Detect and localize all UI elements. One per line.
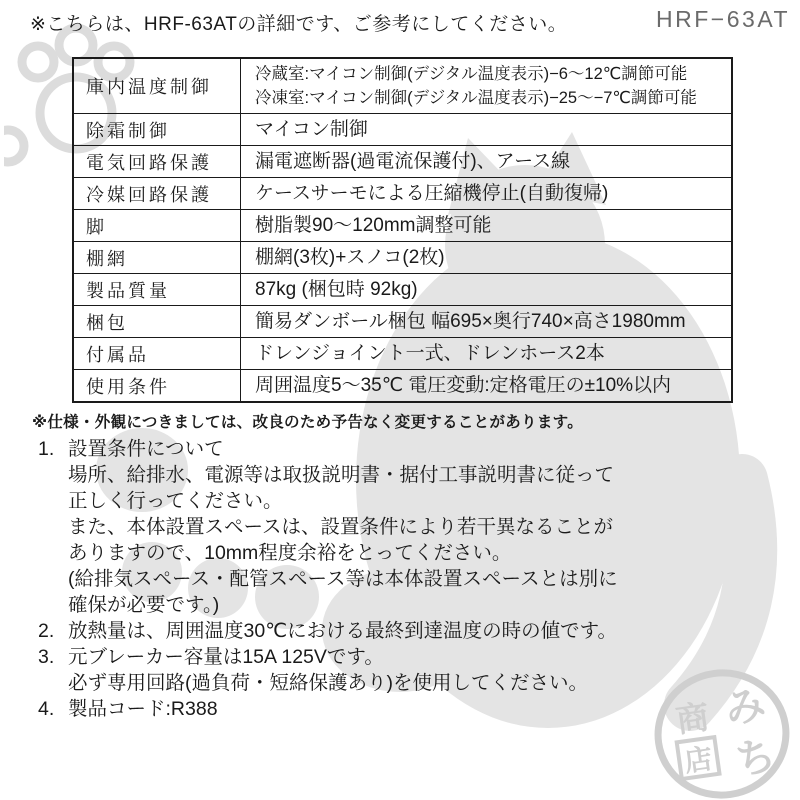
spec-label: 電気回路保護	[74, 146, 241, 177]
spec-label: 使用条件	[74, 370, 241, 401]
note-item: 1.設置条件について場所、給排水、電源等は取扱説明書・据付工事説明書に従って正し…	[38, 436, 618, 618]
note-line: 放熱量は、周囲温度30℃における最終到達温度の時の値です。	[68, 618, 618, 644]
spec-value: 棚網(3枚)+スノコ(2枚)	[241, 242, 731, 273]
spec-label: 付属品	[74, 338, 241, 369]
note-line: (給排気スペース・配管スペース等は本体設置スペースとは別に	[68, 566, 618, 592]
note-line: 必ず専用回路(過負荷・短絡保護あり)を使用してください。	[68, 670, 618, 696]
spec-row: 電気回路保護漏電遮断器(過電流保護付)、アース線	[74, 145, 731, 177]
note-lines: 製品コード:R388	[68, 696, 618, 722]
shop-seal-watermark: み ち 商 店	[645, 664, 800, 800]
spec-value-line: 簡易ダンボール梱包 幅695×奥行740×高さ1980mm	[255, 310, 725, 334]
spec-value-line: 冷蔵室:マイコン制御(デジタル温度表示)−6〜12℃調節可能	[255, 62, 725, 86]
spec-value-line: 87kg (梱包時 92kg)	[255, 278, 725, 302]
note-item: 2.放熱量は、周囲温度30℃における最終到達温度の時の値です。	[38, 618, 618, 644]
spec-label: 脚	[74, 210, 241, 241]
spec-label: 棚網	[74, 242, 241, 273]
spec-label: 庫内温度制御	[74, 59, 241, 113]
note-line: ありますので、10mm程度余裕をとってください。	[68, 540, 618, 566]
note-line: 製品コード:R388	[68, 696, 618, 722]
model-number: HRF−63AT	[656, 6, 790, 33]
spec-value: 87kg (梱包時 92kg)	[241, 274, 731, 305]
spec-row: 製品質量87kg (梱包時 92kg)	[74, 273, 731, 305]
note-item: 3.元ブレーカー容量は15A 125Vです。必ず専用回路(過負荷・短絡保護あり)…	[38, 644, 618, 696]
seal-char: 商	[674, 698, 712, 739]
spec-value: 周囲温度5〜35℃ 電圧変動:定格電圧の±10%以内	[241, 370, 731, 401]
note-line: 正しく行ってください。	[68, 488, 618, 514]
spec-label: 除霜制御	[74, 114, 241, 145]
spec-row: 棚網棚網(3枚)+スノコ(2枚)	[74, 241, 731, 273]
spec-row: 庫内温度制御冷蔵室:マイコン制御(デジタル温度表示)−6〜12℃調節可能冷凍室:…	[74, 59, 731, 113]
note-line: また、本体設置スペースは、設置条件により若干異なることが	[68, 514, 618, 540]
spec-value-line: 樹脂製90〜120mm調整可能	[255, 214, 725, 238]
note-number: 3.	[38, 644, 68, 696]
note-number: 4.	[38, 696, 68, 722]
spec-row: 脚樹脂製90〜120mm調整可能	[74, 209, 731, 241]
note-line: 確保が必要です。)	[68, 592, 618, 618]
spec-value: ケースサーモによる圧縮機停止(自動復帰)	[241, 178, 731, 209]
note-line: 元ブレーカー容量は15A 125Vです。	[68, 644, 618, 670]
seal-char: み	[723, 683, 769, 732]
spec-value: マイコン制御	[241, 114, 731, 145]
note-line: 場所、給排水、電源等は取扱説明書・据付工事説明書に従って	[68, 462, 618, 488]
spec-value: 冷蔵室:マイコン制御(デジタル温度表示)−6〜12℃調節可能冷凍室:マイコン制御…	[241, 59, 731, 113]
spec-value: ドレンジョイント一式、ドレンホース2本	[241, 338, 731, 369]
spec-value-line: ケースサーモによる圧縮機停止(自動復帰)	[255, 182, 725, 206]
spec-sheet-page: み ち 商 店 ※こちらは、HRF-63ATの詳細です、ご参考にしてください。 …	[0, 0, 800, 800]
spec-label: 梱包	[74, 306, 241, 337]
spec-row: 梱包簡易ダンボール梱包 幅695×奥行740×高さ1980mm	[74, 305, 731, 337]
note-number: 1.	[38, 436, 68, 618]
spec-value: 漏電遮断器(過電流保護付)、アース線	[241, 146, 731, 177]
spec-label: 冷媒回路保護	[74, 178, 241, 209]
note-lines: 設置条件について場所、給排水、電源等は取扱説明書・据付工事説明書に従って正しく行…	[68, 436, 618, 618]
note-line: 設置条件について	[68, 436, 618, 462]
spec-value: 簡易ダンボール梱包 幅695×奥行740×高さ1980mm	[241, 306, 731, 337]
spec-value-line: 冷凍室:マイコン制御(デジタル温度表示)−25〜−7℃調節可能	[255, 86, 725, 110]
spec-row: 冷媒回路保護ケースサーモによる圧縮機停止(自動復帰)	[74, 177, 731, 209]
spec-value-line: 漏電遮断器(過電流保護付)、アース線	[255, 150, 725, 174]
spec-value-line: マイコン制御	[255, 118, 725, 142]
spec-row: 除霜制御マイコン制御	[74, 113, 731, 145]
header-note: ※こちらは、HRF-63ATの詳細です、ご参考にしてください。	[30, 9, 567, 36]
spec-table: 庫内温度制御冷蔵室:マイコン制御(デジタル温度表示)−6〜12℃調節可能冷凍室:…	[72, 57, 733, 403]
spec-disclaimer: ※仕様・外観につきましては、改良のため予告なく変更することがあります。	[32, 410, 583, 432]
seal-char: ち	[733, 734, 779, 783]
note-item: 4.製品コード:R388	[38, 696, 618, 722]
seal-char: 店	[682, 743, 714, 778]
spec-value-line: 周囲温度5〜35℃ 電圧変動:定格電圧の±10%以内	[255, 374, 725, 398]
spec-value-line: 棚網(3枚)+スノコ(2枚)	[255, 246, 725, 270]
spec-value-line: ドレンジョイント一式、ドレンホース2本	[255, 342, 725, 366]
spec-row: 使用条件周囲温度5〜35℃ 電圧変動:定格電圧の±10%以内	[74, 369, 731, 401]
spec-row: 付属品ドレンジョイント一式、ドレンホース2本	[74, 337, 731, 369]
spec-label: 製品質量	[74, 274, 241, 305]
note-lines: 元ブレーカー容量は15A 125Vです。必ず専用回路(過負荷・短絡保護あり)を使…	[68, 644, 618, 696]
note-number: 2.	[38, 618, 68, 644]
notes-list: 1.設置条件について場所、給排水、電源等は取扱説明書・据付工事説明書に従って正し…	[38, 436, 618, 722]
spec-value: 樹脂製90〜120mm調整可能	[241, 210, 731, 241]
note-lines: 放熱量は、周囲温度30℃における最終到達温度の時の値です。	[68, 618, 618, 644]
